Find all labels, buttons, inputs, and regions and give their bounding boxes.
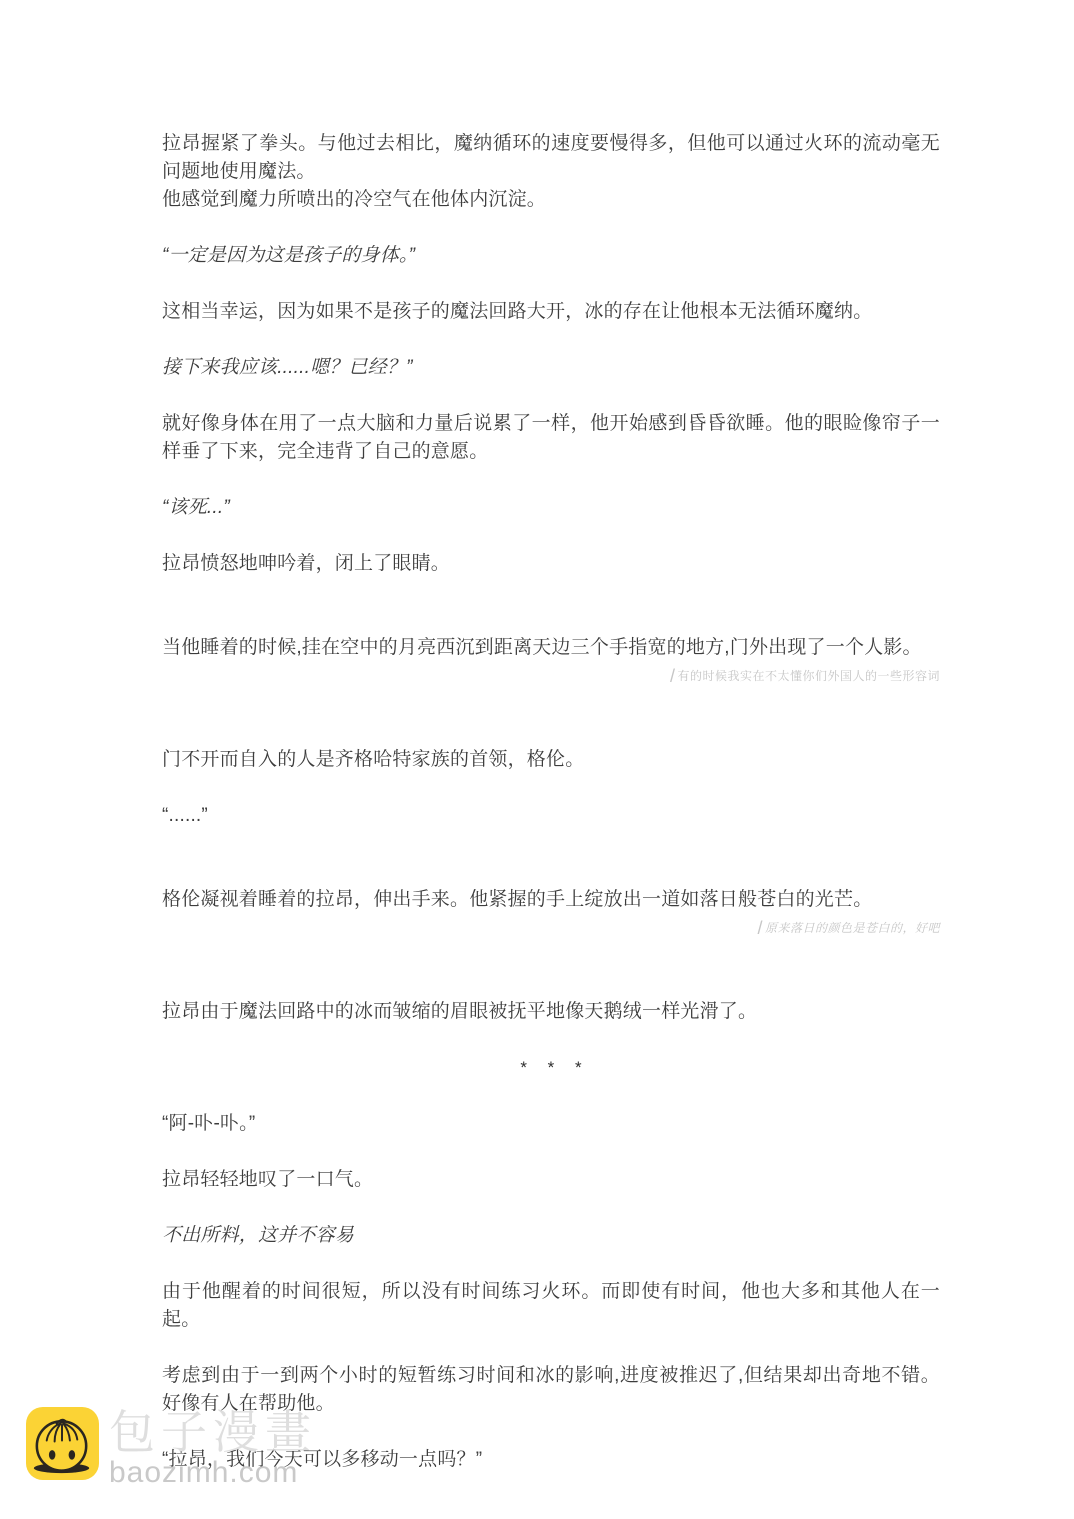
paragraph: 拉昂握紧了拳头。与他过去相比，魔纳循环的速度要慢得多，但他可以通过火环的流动毫无… <box>162 130 940 214</box>
scene-divider: * * * <box>162 1054 940 1082</box>
paragraph: 拉昂愤怒地呻吟着，闭上了眼睛。 <box>162 550 940 578</box>
monologue-paragraph: 接下来我应该......嗯？已经？” <box>162 354 940 382</box>
note-text: 原来落日的颜色是苍白的，好吧 <box>765 921 940 935</box>
paragraph: 门不开而自入的人是齐格哈特家族的首领，格伦。 <box>162 746 940 774</box>
site-domain: baozimh.com <box>109 1457 317 1489</box>
paragraph-with-note: 当他睡着的时候,挂在空中的月亮西沉到距离天边三个手指宽的地方,门外出现了一个人影… <box>162 606 940 718</box>
reader-page: { "theme": { "background": "#ffffff", "b… <box>0 0 1074 1519</box>
note-slash: / <box>757 918 763 938</box>
paragraph: 就好像身体在用了一点大脑和力量后说累了一样，他开始感到昏昏欲睡。他的眼睑像帘子一… <box>162 410 940 466</box>
paragraph-with-note: 格伦凝视着睡着的拉昂，伸出手来。他紧握的手上绽放出一道如落日般苍白的光芒。 /原… <box>162 858 940 970</box>
site-name: 包子漫畫 <box>109 1407 317 1457</box>
paragraph: “......” <box>162 802 940 830</box>
translator-note: /有的时候我实在不太懂你们外国人的一些形容词 <box>162 662 940 690</box>
paragraph: 由于他醒着的时间很短，所以没有时间练习火环。而即使有时间，他也大多和其他人在一起… <box>162 1278 940 1334</box>
watermark-text: 包子漫畫 baozimh.com <box>109 1407 317 1489</box>
translator-note: /原来落日的颜色是苍白的，好吧 <box>162 914 940 942</box>
paragraph-text: 格伦凝视着睡着的拉昂，伸出手来。他紧握的手上绽放出一道如落日般苍白的光芒。 <box>162 889 872 910</box>
paragraph: 这相当幸运，因为如果不是孩子的魔法回路大开，冰的存在让他根本无法循环魔纳。 <box>162 298 940 326</box>
note-text: 有的时候我实在不太懂你们外国人的一些形容词 <box>677 669 940 683</box>
baozimh-watermark: 包子漫畫 baozimh.com <box>26 1407 317 1489</box>
chapter-text: 拉昂握紧了拳头。与他过去相比，魔纳循环的速度要慢得多，但他可以通过火环的流动毫无… <box>162 130 940 1502</box>
paragraph-text: 当他睡着的时候,挂在空中的月亮西沉到距离天边三个手指宽的地方,门外出现了一个人影… <box>162 637 922 658</box>
monologue-paragraph: “该死...” <box>162 494 940 522</box>
monologue-paragraph: 不出所料，这并不容易 <box>162 1222 940 1250</box>
monologue-paragraph: “一定是因为这是孩子的身体。” <box>162 242 940 270</box>
baozi-logo-icon <box>26 1407 99 1480</box>
paragraph: 拉昂轻轻地叹了一口气。 <box>162 1166 940 1194</box>
paragraph: “阿-卟-卟。” <box>162 1110 940 1138</box>
note-slash: / <box>670 666 676 686</box>
paragraph: 拉昂由于魔法回路中的冰而皱缩的眉眼被抚平地像天鹅绒一样光滑了。 <box>162 998 940 1026</box>
